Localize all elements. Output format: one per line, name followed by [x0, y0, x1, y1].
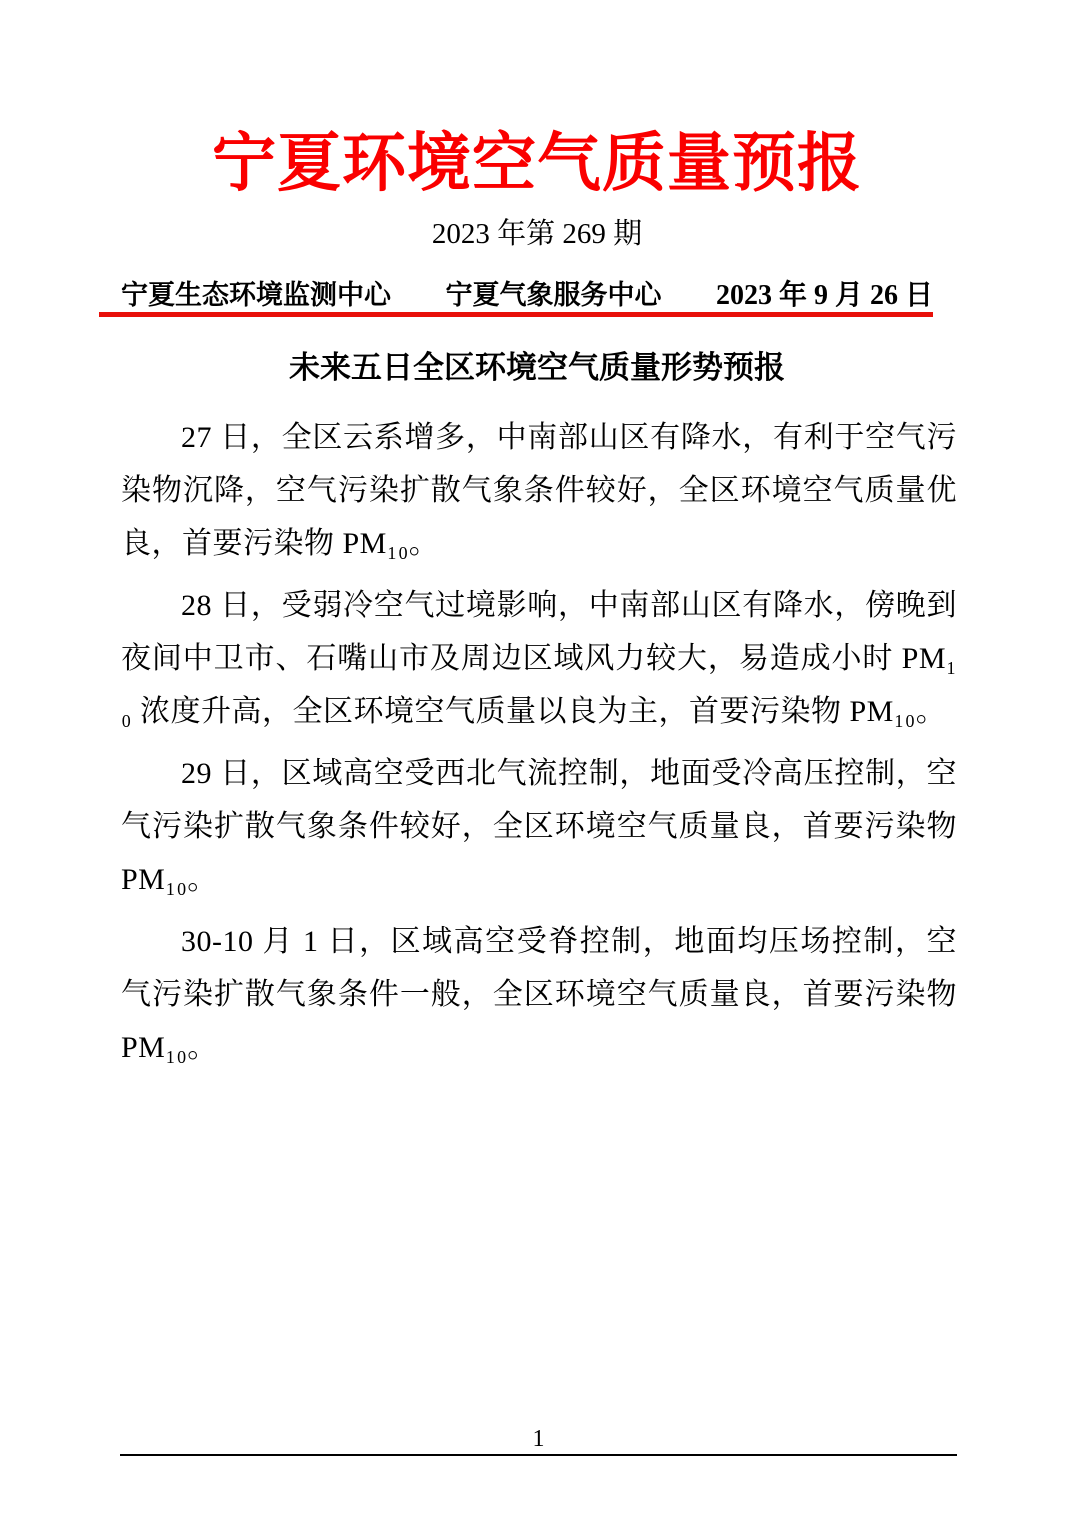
forecast-body: 27 日，全区云系增多，中南部山区有降水，有利于空气污染物沉降，空气污染扩散气象… [121, 411, 957, 1074]
masthead-row: 宁夏生态环境监测中心 宁夏气象服务中心 2023 年 9 月 26 日 [121, 280, 933, 311]
issue-number: 2023 年第 269 期 [0, 214, 1074, 254]
agency-monitoring-center: 宁夏生态环境监测中心 [121, 280, 391, 311]
document-page: 宁夏环境空气质量预报 2023 年第 269 期 宁夏生态环境监测中心 宁夏气象… [0, 0, 1074, 1520]
page-number: 1 [120, 1426, 957, 1452]
issue-date: 2023 年 9 月 26 日 [716, 280, 933, 311]
footer-rule [120, 1454, 957, 1456]
forecast-paragraph-day28: 28 日，受弱冷空气过境影响，中南部山区有降水，傍晚到夜间中卫市、石嘴山市及周边… [121, 579, 957, 738]
forecast-paragraph-day30-oct1: 30-10 月 1 日，区域高空受脊控制，地面均压场控制，空气污染扩散气象条件一… [121, 915, 957, 1074]
masthead-rule [99, 312, 933, 317]
agency-weather-service-center: 宁夏气象服务中心 [445, 280, 661, 311]
document-title: 宁夏环境空气质量预报 [0, 126, 1074, 202]
forecast-paragraph-day29: 29 日，区域高空受西北气流控制，地面受冷高压控制，空气污染扩散气象条件较好，全… [121, 747, 957, 906]
page-footer: 1 [120, 1426, 957, 1456]
section-title: 未来五日全区环境空气质量形势预报 [0, 349, 1074, 387]
forecast-paragraph-day27: 27 日，全区云系增多，中南部山区有降水，有利于空气污染物沉降，空气污染扩散气象… [121, 411, 957, 570]
